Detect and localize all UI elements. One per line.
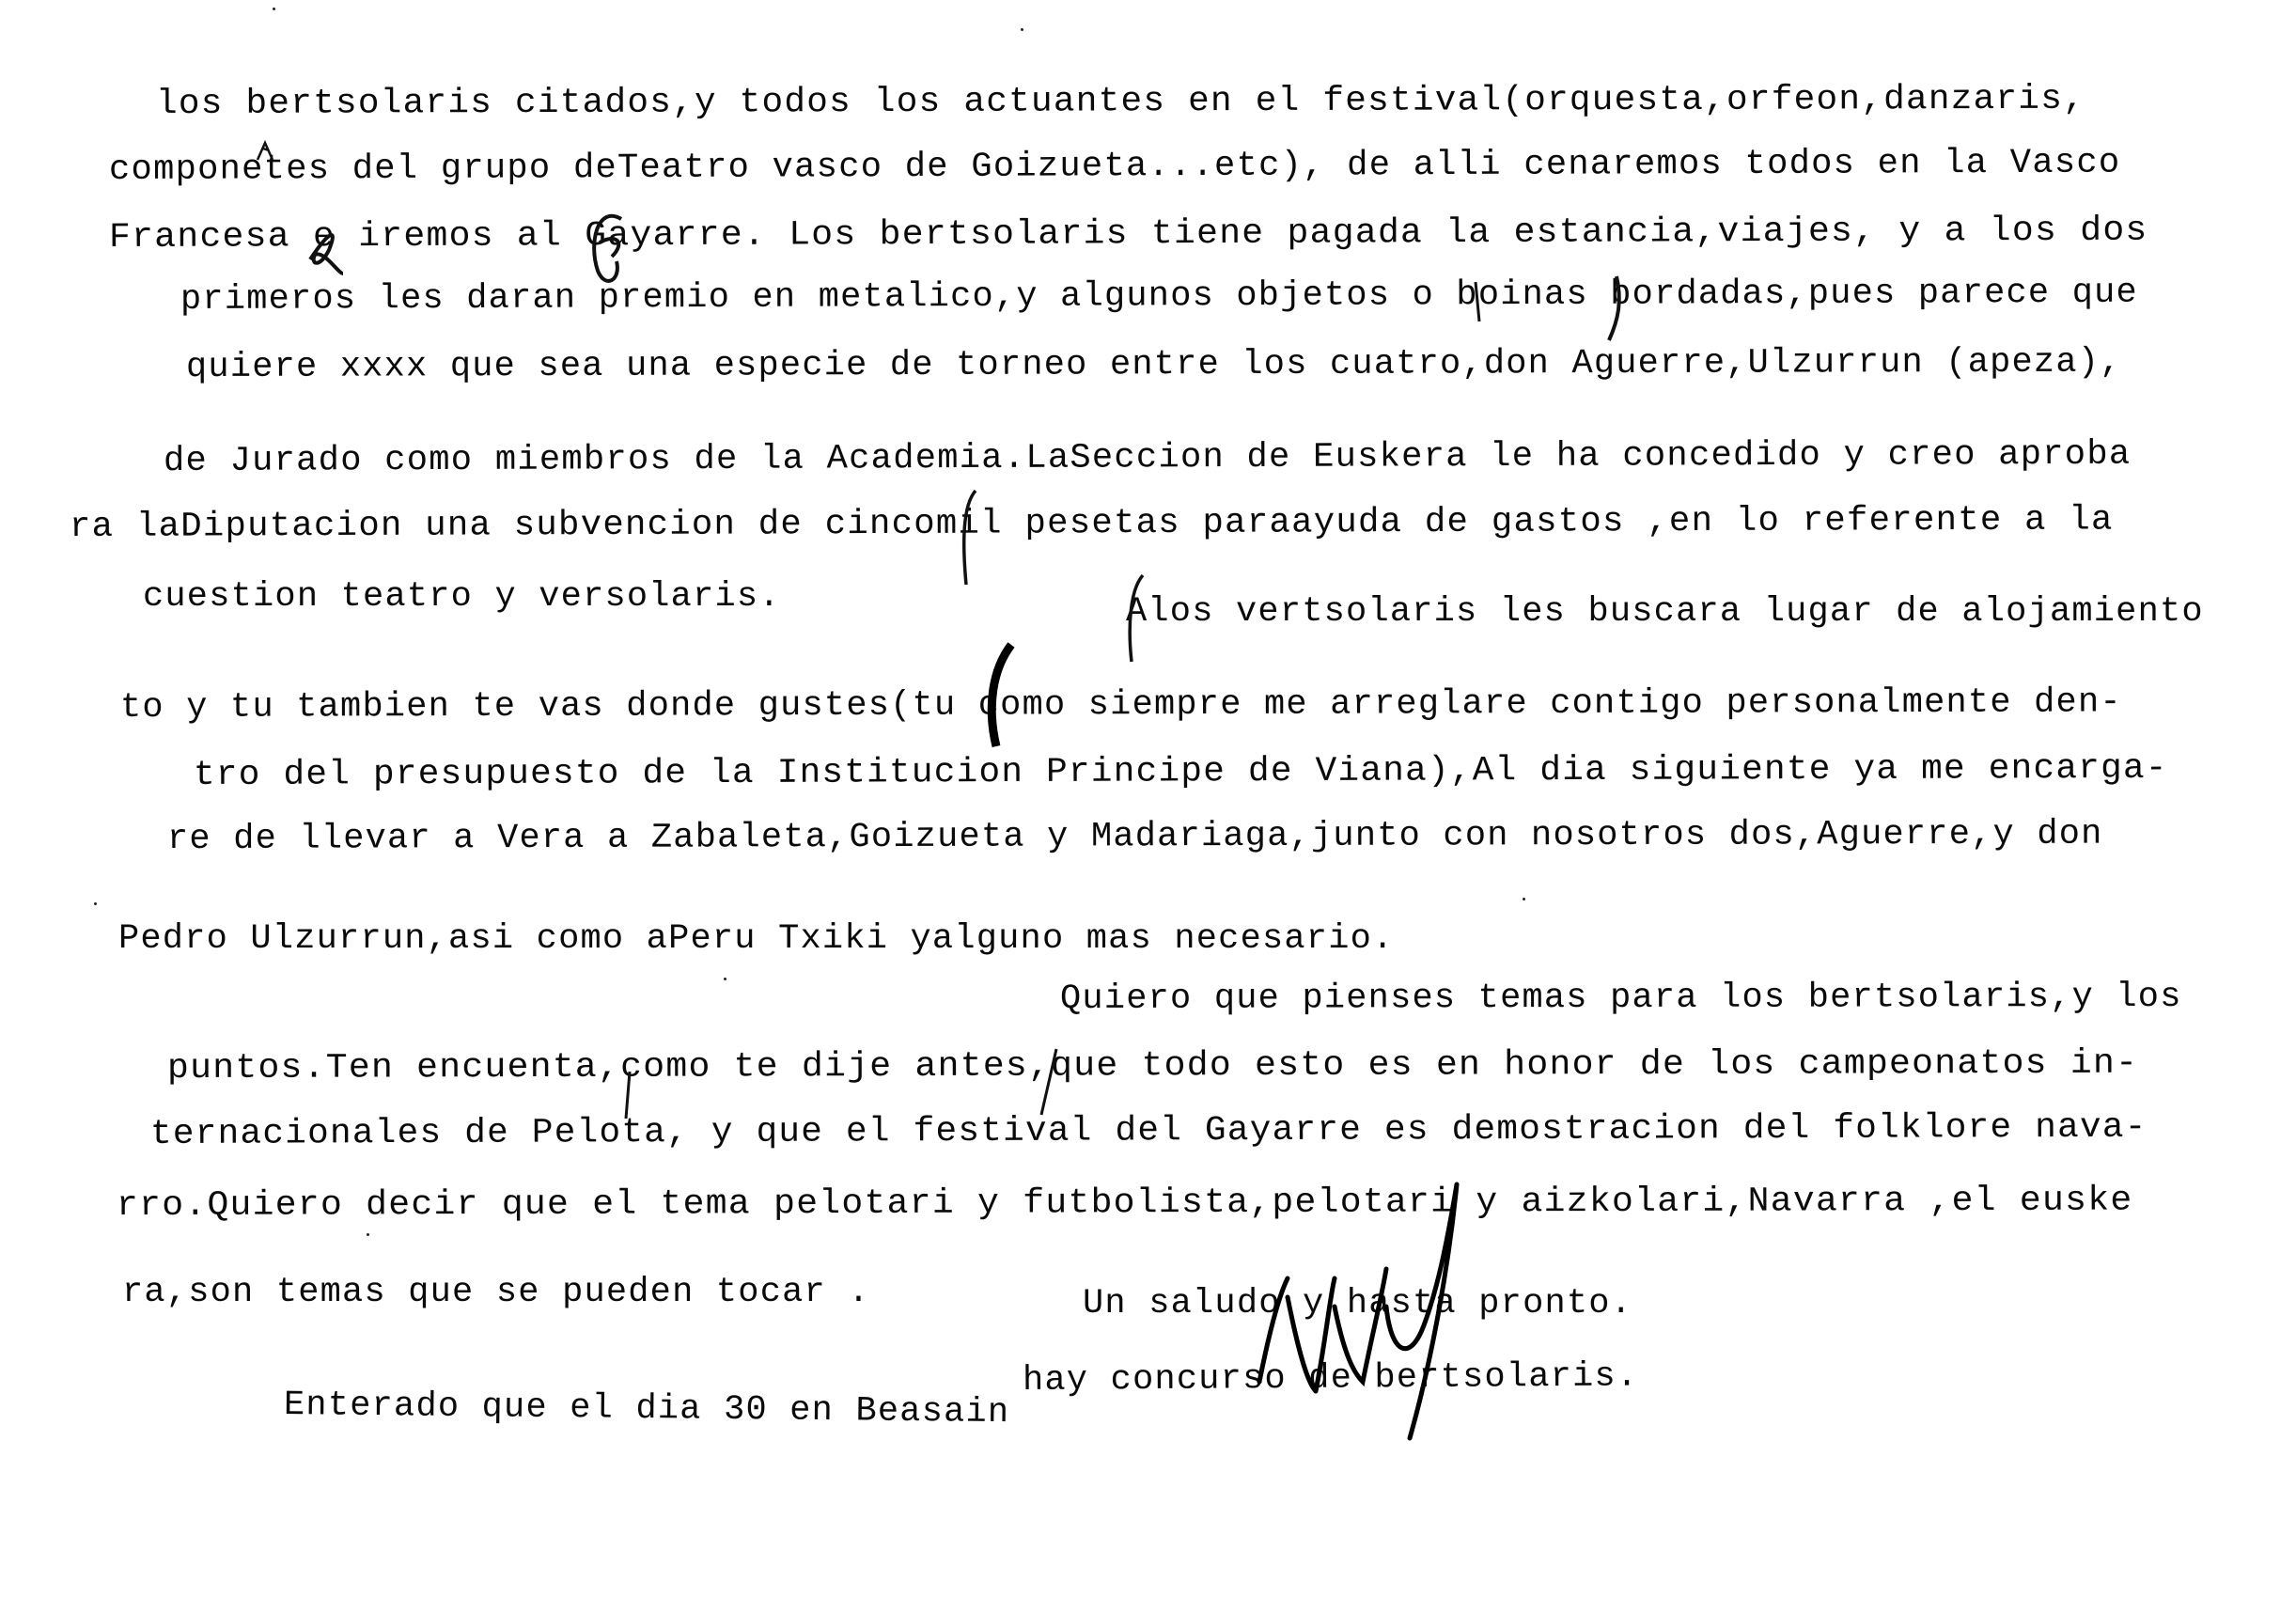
bracket-mark-icon [1034, 1045, 1062, 1125]
bracket-mark-icon [1124, 572, 1152, 670]
speck [273, 8, 275, 10]
speck [1523, 898, 1525, 900]
speck [724, 978, 726, 980]
text-line-4: primeros les daran premio en metalico,y … [180, 274, 2138, 320]
text-line-17: rro.Quiero decir que el tema pelotari y … [117, 1182, 2133, 1226]
speck [367, 1233, 369, 1236]
text-line-6: de Jurado como miembros de la Academia.L… [164, 435, 2131, 481]
text-line-2: componetes del grupo deTeatro vasco de G… [109, 144, 2121, 190]
bracket-mark-icon [620, 1066, 639, 1127]
bracket-mark-icon [1598, 273, 1626, 352]
text-line-3: Francesa e iremos al Gayarre. Los bertso… [109, 211, 2148, 258]
letter-page: los bertsolaris citados,y todos los actu… [0, 0, 2296, 1613]
text-line-11: tro del presupuesto de la Institucion Pr… [194, 749, 2168, 795]
signature-icon [1222, 1166, 1504, 1452]
text-line-8: cuestion teatro y versolaris. [143, 577, 781, 617]
text-line-16: ternacionales de Pelota, y que el festiv… [150, 1108, 2148, 1154]
text-line-9: Alos vertsolaris les buscara lugar de al… [1126, 592, 2204, 632]
text-line-10: to y tu tambien te vas donde gustes(tu c… [120, 682, 2122, 728]
text-line-12: re de llevar a Vera a Zabaleta,Goizueta … [167, 815, 2103, 859]
speck [94, 902, 97, 905]
handwritten-g-mark-icon [588, 205, 635, 294]
handwritten-e-mark-icon [301, 222, 348, 283]
caret-mark-icon [254, 139, 282, 172]
text-line-7: ra laDiputacion una subvencion de cincom… [70, 500, 2114, 547]
bracket-mark-icon [983, 641, 1021, 759]
text-line-15: puntos.Ten encuenta,como te dije antes,q… [167, 1044, 2138, 1088]
text-line-14: Quiero que pienses temas para los bertso… [1060, 978, 2182, 1019]
text-line-1: los bertsolaris citados,y todos los actu… [156, 80, 2085, 124]
text-line-13: Pedro Ulzurrun,asi como aPeru Txiki yalg… [118, 919, 1394, 959]
text-line-20: Enterado que el dia 30 en Beasain [284, 1386, 1010, 1433]
text-line-5: quiere xxxx que sea una especie de torne… [186, 343, 2122, 387]
bracket-mark-icon [1472, 278, 1491, 330]
speck [1021, 28, 1023, 31]
text-line-18: ra,son temas que se pueden tocar . [122, 1273, 870, 1312]
bracket-mark-icon [957, 487, 985, 595]
